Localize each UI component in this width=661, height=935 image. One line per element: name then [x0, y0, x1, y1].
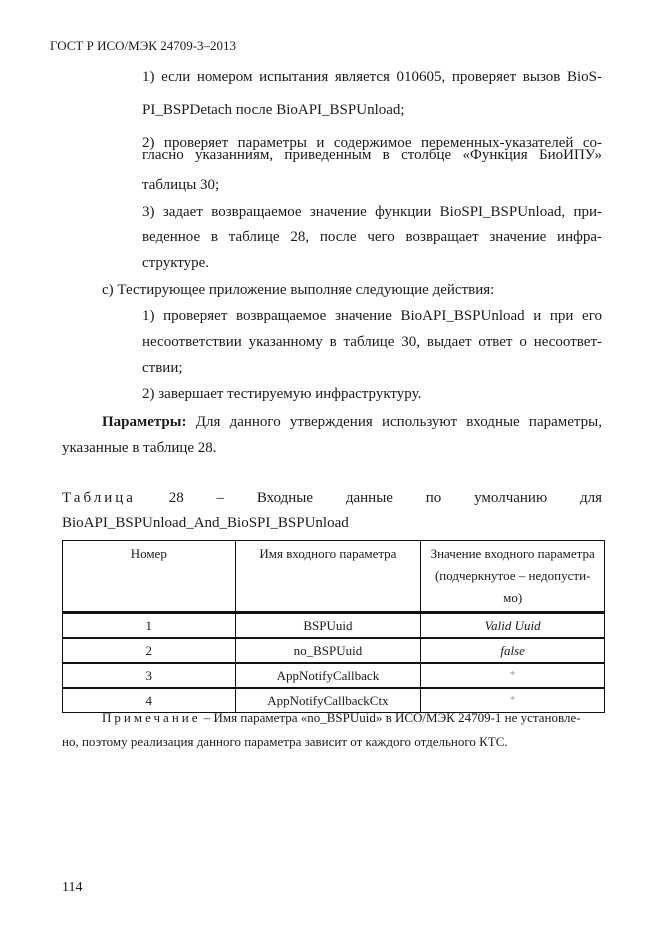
cell-name: BSPUuid — [235, 613, 421, 639]
document-code-header: ГОСТ Р ИСО/МЭК 24709-3–2013 — [50, 38, 236, 54]
table-caption-word: умолчанию — [474, 489, 547, 507]
list-item-b2-line3: таблицы 30; — [142, 176, 219, 194]
list-item-c1-line3: ствии; — [142, 359, 183, 377]
list-item-b1-line2: PI_BSPDetach после BioAPI_BSPUnload; — [142, 101, 405, 119]
list-item-c2: 2) завершает тестируемую инфраструктуру. — [142, 385, 421, 403]
list-item-b3-line1: 3) задает возвращаемое значение функции … — [142, 203, 602, 221]
parameters-label: Параметры: — [102, 414, 187, 430]
cell-value: * — [421, 663, 605, 688]
table-caption-prefix: Таблица — [62, 489, 136, 507]
table-caption-word: Входные — [257, 489, 313, 507]
column-header-param-name: Имя входного параметра — [235, 541, 421, 613]
list-item-b1-line1: 1) если номером испытания является 01060… — [142, 68, 602, 86]
note-text: – Имя параметра «no_BSPUuid» в ИСО/МЭК 2… — [201, 710, 581, 725]
table-caption-word: по — [426, 489, 442, 507]
column-header-line: Значение входного параметра — [424, 543, 601, 565]
list-item-b3-line3: структуре. — [142, 254, 209, 272]
table-row: 2 no_BSPUuid false — [63, 638, 605, 663]
column-header-line: (подчеркнутое – недопусти- — [424, 565, 601, 587]
cell-name: no_BSPUuid — [235, 638, 421, 663]
table-caption-number: 28 — [169, 489, 184, 507]
list-item-b3-line2: веденное в таблице 28, после чего возвра… — [142, 228, 602, 246]
table-header-row: Номер Имя входного параметра Значение вх… — [63, 541, 605, 613]
table-caption-dash: – — [217, 489, 225, 507]
cell-number: 1 — [63, 613, 236, 639]
cell-number: 2 — [63, 638, 236, 663]
parameters-paragraph-line1: Параметры: Для данного утверждения испол… — [102, 413, 602, 431]
list-item-c: с) Тестирующее приложение выполняе следу… — [102, 281, 494, 299]
table-caption-line1: Таблица 28 – Входные данные по умолчанию… — [62, 489, 602, 507]
list-item-b2-line2: гласно указанниям, приведенным в столбце… — [142, 146, 602, 164]
table-row: 3 AppNotifyCallback * — [63, 663, 605, 688]
table-caption-line2: BioAPI_BSPUnload_And_BioSPI_BSPUnload — [62, 514, 349, 532]
table-note-line1: Примечание – Имя параметра «no_BSPUuid» … — [102, 709, 581, 727]
cell-number: 3 — [63, 663, 236, 688]
input-parameters-table: Номер Имя входного параметра Значение вх… — [62, 540, 605, 713]
cell-name: AppNotifyCallback — [235, 663, 421, 688]
column-header-number: Номер — [63, 541, 236, 613]
parameters-text: Для данного утверждения используют входн… — [187, 414, 603, 430]
parameters-paragraph-line2: указанные в таблице 28. — [62, 439, 217, 457]
table-caption-word: для — [580, 489, 602, 507]
table-caption-word: данные — [346, 489, 393, 507]
list-item-c1-line1: 1) проверяет возвращаемое значение BioAP… — [142, 307, 602, 325]
table-row: 1 BSPUuid Valid Uuid — [63, 613, 605, 639]
column-header-line: мо) — [424, 587, 601, 609]
column-header-param-value: Значение входного параметра (подчеркнуто… — [421, 541, 605, 613]
table-note-line2: но, поэтому реализация данного параметра… — [62, 733, 508, 751]
cell-value: false — [421, 638, 605, 663]
page-number: 114 — [62, 880, 82, 896]
cell-value: Valid Uuid — [421, 613, 605, 639]
list-item-c1-line2: несоответствии указанному в таблице 30, … — [142, 333, 602, 351]
note-label: Примечание — [102, 710, 201, 725]
